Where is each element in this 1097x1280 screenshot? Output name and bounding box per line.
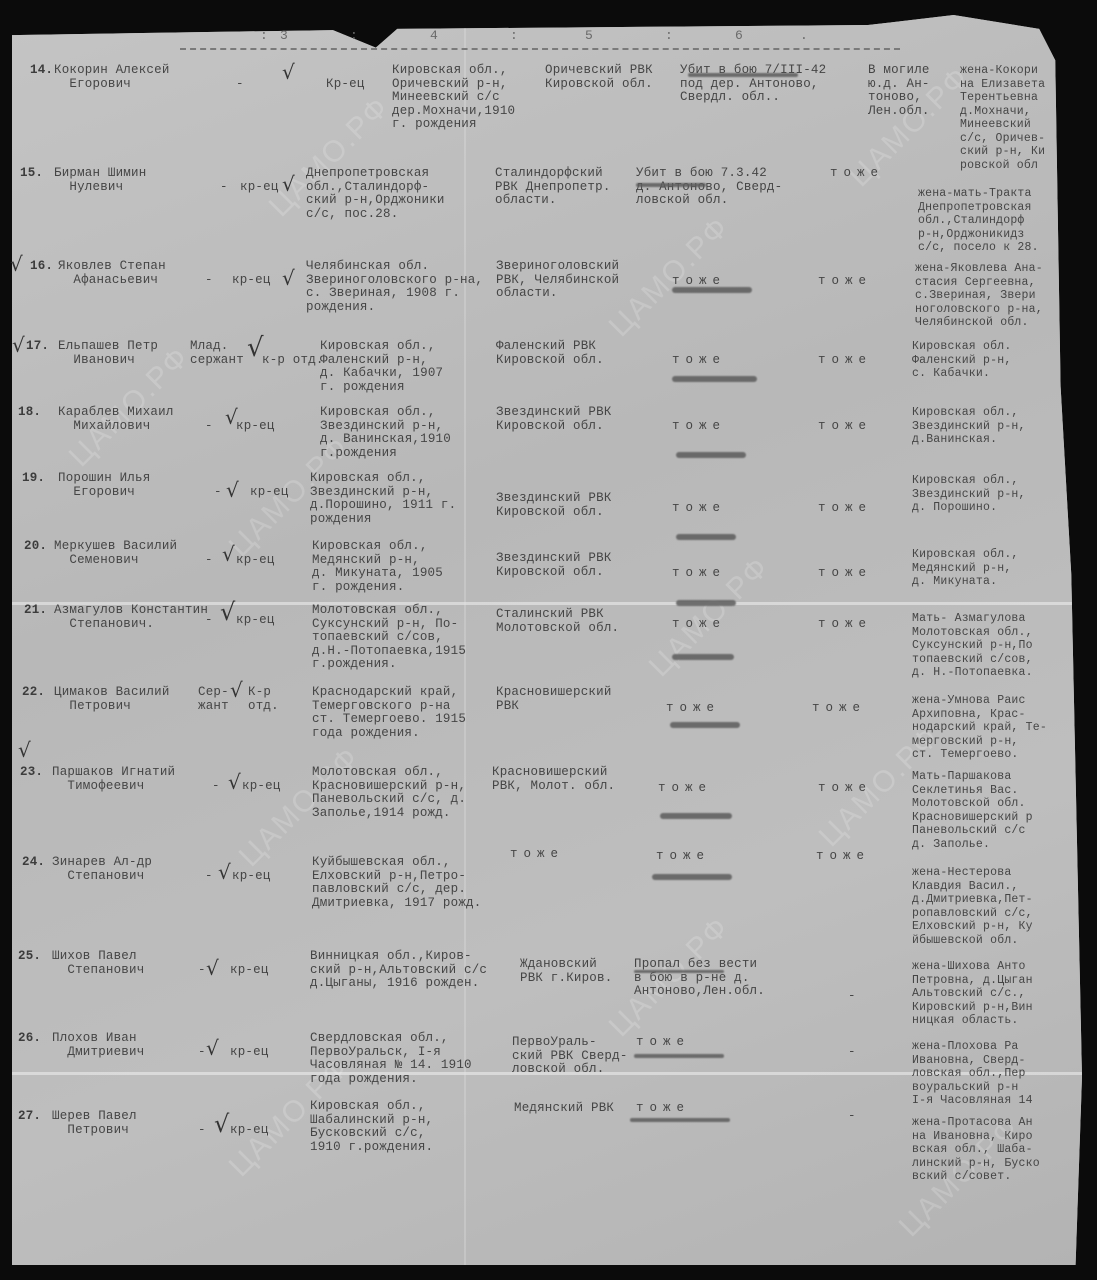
rank: - xyxy=(220,181,228,195)
relatives-address: Кировская обл., Медянский р-н, д. Микуна… xyxy=(912,548,1019,589)
birthplace: Кировская обл., Звездинский р-н, д.Порош… xyxy=(310,472,456,526)
birthplace: Винницкая обл.,Киров- ский р-н,Альтовски… xyxy=(310,950,487,991)
record-number: 19. xyxy=(22,472,45,486)
relatives-address: Кировская обл., Звездинский р-н, д. Поро… xyxy=(912,474,1026,515)
underline-mark xyxy=(660,813,732,819)
burial-place: - xyxy=(848,990,856,1004)
handwritten-checkmark-icon: √ xyxy=(12,333,25,357)
rank: Сер- жант xyxy=(198,686,229,713)
record-number: 22. xyxy=(22,686,45,700)
position: кр-ец xyxy=(236,554,275,568)
relatives-address: Мать-Паршакова Секлетинья Вас. Молотовск… xyxy=(912,770,1033,851)
birthplace: Кировская обл., Шабалинский р-н, Бусковс… xyxy=(310,1100,433,1154)
burial-place: тоже xyxy=(818,782,872,796)
soldier-name: Меркушев Василий Семенович xyxy=(54,540,177,567)
burial-place: - xyxy=(848,1110,856,1124)
underline-mark xyxy=(676,534,736,540)
underline-mark xyxy=(634,1054,724,1058)
fate: тоже xyxy=(636,1036,690,1050)
handwritten-checkmark-icon: √ xyxy=(282,172,295,196)
underline-mark xyxy=(672,654,734,660)
rank: - xyxy=(205,614,213,628)
handwritten-checkmark-icon: √ xyxy=(282,60,295,84)
rank: - xyxy=(212,780,220,794)
column-header-row: : 3 : 4 : 5 : 6 . 8 xyxy=(180,28,900,50)
record-number: 20. xyxy=(24,540,47,554)
fate: тоже xyxy=(672,618,726,632)
fate: Пропал без вести в бою в р-не д. Антонов… xyxy=(634,958,765,999)
rank: - xyxy=(236,78,244,92)
underline-mark xyxy=(652,874,732,880)
handwritten-checkmark-icon: √ xyxy=(10,252,23,276)
handwritten-checkmark-icon: √ xyxy=(206,956,219,980)
birthplace: Днепропетровская обл.,Сталиндорф- ский р… xyxy=(306,167,445,221)
record-number: 18. xyxy=(18,406,41,420)
burial-place: тоже xyxy=(818,618,872,632)
soldier-name: Азмагулов Константин Степанович. xyxy=(54,604,208,631)
fate: Убит в бою 7/III-42 под дер. Антоново, С… xyxy=(680,64,826,105)
soldier-name: Порошин Илья Егорович xyxy=(58,472,150,499)
fate: тоже xyxy=(656,850,710,864)
handwritten-checkmark-icon: √ xyxy=(206,1036,219,1060)
handwritten-checkmark-icon: √ xyxy=(228,770,241,794)
underline-mark xyxy=(672,376,757,382)
column-number-5: 5 xyxy=(585,28,593,43)
soldier-name: Шихов Павел Степанович xyxy=(52,950,144,977)
fate: тоже xyxy=(672,420,726,434)
conscription-office: Сталинский РВК Молотовской обл. xyxy=(496,608,619,635)
record-number: 16. xyxy=(30,260,53,274)
position: кр-ец xyxy=(230,964,269,978)
handwritten-checkmark-icon: √ xyxy=(226,478,239,502)
rank: - xyxy=(205,554,213,568)
burial-place: В могиле ю.д. Ан- тоново, Лен.обл. xyxy=(868,64,930,118)
birthplace: Кировская обл., Звездинский р-н, д. Вани… xyxy=(320,406,451,460)
fate: тоже xyxy=(672,354,726,368)
birthplace: Свердловская обл., ПервоУральск, I-я Час… xyxy=(310,1032,472,1086)
burial-place: тоже xyxy=(818,567,872,581)
rank: Млад. сержант xyxy=(190,340,244,367)
soldier-name: Караблев Михаил Михайлович xyxy=(58,406,174,433)
burial-place: тоже xyxy=(818,354,872,368)
burial-place: тоже xyxy=(818,275,872,289)
column-number-3: 3 xyxy=(280,28,288,43)
birthplace: Краснодарский край, Темерговского р-на с… xyxy=(312,686,466,740)
record-number: 21. xyxy=(24,604,47,618)
rank: - xyxy=(214,486,222,500)
birthplace: Кировская обл., Медянский р-н, д. Микуна… xyxy=(312,540,443,594)
position: кр-ец xyxy=(230,1046,269,1060)
position: кр-ец xyxy=(232,870,271,884)
underline-mark xyxy=(636,183,706,187)
handwritten-checkmark-icon: √ xyxy=(220,598,235,626)
column-separator: : xyxy=(260,28,268,43)
record-number: 17. xyxy=(26,340,49,354)
relatives-address: жена-Умнова Раис Архиповна, Крас- нодарс… xyxy=(912,694,1047,762)
fate: тоже xyxy=(672,567,726,581)
underline-mark xyxy=(670,722,740,728)
soldier-name: Паршаков Игнатий Тимофеевич xyxy=(52,766,175,793)
soldier-name: Шерев Павел Петрович xyxy=(52,1110,137,1137)
column-number-4: 4 xyxy=(430,28,438,43)
column-separator: : xyxy=(510,28,518,43)
soldier-name: Цимаков Василий Петрович xyxy=(54,686,170,713)
relatives-address: Мать- Азмагулова Молотовская обл., Суксу… xyxy=(912,612,1033,680)
handwritten-checkmark-icon: √ xyxy=(218,860,231,884)
underline-mark xyxy=(634,970,724,973)
underline-mark xyxy=(676,452,746,458)
position: кр-ец xyxy=(240,181,279,195)
position: к-р отд. xyxy=(262,354,324,368)
record-number: 23. xyxy=(20,766,43,780)
fate: тоже xyxy=(666,702,720,716)
record-number: 27. xyxy=(18,1110,41,1124)
handwritten-checkmark-icon: √ xyxy=(214,1110,229,1138)
soldier-name: Яковлев Степан Афанасьевич xyxy=(58,260,166,287)
handwritten-checkmark-icon: √ xyxy=(282,266,295,290)
underline-mark xyxy=(676,600,736,606)
soldier-name: Зинарев Ал-др Степанович xyxy=(52,856,152,883)
position: кр-ец xyxy=(230,1124,269,1138)
fate: тоже xyxy=(636,1102,690,1116)
fate: тоже xyxy=(658,782,712,796)
conscription-office: Красновишерский РВК, Молот. обл. xyxy=(492,766,615,793)
rank: - xyxy=(198,1124,206,1138)
record-number: 24. xyxy=(22,856,45,870)
position: кр-ец xyxy=(242,780,281,794)
birthplace: Челябинская обл. Звериноголовского р-на,… xyxy=(306,260,483,314)
conscription-office: тоже xyxy=(510,848,564,862)
birthplace: Кировская обл., Оричевский р-н, Минеевск… xyxy=(392,64,515,132)
fate: тоже xyxy=(672,502,726,516)
column-number-6: 6 xyxy=(735,28,743,43)
relatives-address: жена-мать-Тракта Днепропетровская обл.,С… xyxy=(918,187,1039,255)
conscription-office: Сталиндорфский РВК Днепропетр. области. xyxy=(495,167,611,208)
handwritten-checkmark-icon: √ xyxy=(230,678,243,702)
relatives-address: жена-Шихова Анто Петровна, д.Цыган Альто… xyxy=(912,960,1033,1028)
relatives-address: жена-Яковлева Ана- стасия Сергеевна, с.З… xyxy=(915,262,1043,330)
burial-place: тоже xyxy=(812,702,866,716)
soldier-name: Кокорин Алексей Егорович xyxy=(54,64,170,91)
birthplace: Кировская обл., Фаленский р-н, д. Кабачк… xyxy=(320,340,443,394)
rank: - xyxy=(205,274,213,288)
conscription-office: Звериноголовский РВК, Челябинской област… xyxy=(496,260,619,301)
handwritten-checkmark-icon: √ xyxy=(18,738,31,762)
burial-place: тоже xyxy=(818,502,872,516)
fate: Убит в бою 7.3.42 д. Антоново, Сверд- ло… xyxy=(636,167,782,208)
conscription-office: Звездинский РВК Кировской обл. xyxy=(496,492,612,519)
record-number: 14. xyxy=(30,64,53,78)
record-number: 25. xyxy=(18,950,41,964)
relatives-address: жена-Протасова Ан на Ивановна, Киро вска… xyxy=(912,1116,1040,1184)
underline-mark xyxy=(630,1118,730,1122)
soldier-name: Бирман Шимин Нулевич xyxy=(54,167,146,194)
burial-place: - xyxy=(848,1046,856,1060)
position: кр-ец xyxy=(236,614,275,628)
record-number: 15. xyxy=(20,167,43,181)
conscription-office: Звездинский РВК Кировской обл. xyxy=(496,552,612,579)
soldier-name: Ельпашев Петр Иванович xyxy=(58,340,158,367)
relatives-address: жена-Кокори на Елизавета Терентьевна д.М… xyxy=(960,64,1045,172)
soldier-name: Плохов Иван Дмитриевич xyxy=(52,1032,144,1059)
birthplace: Молотовская обл., Суксунский р-н, По- то… xyxy=(312,604,466,672)
underline-mark xyxy=(688,73,798,77)
relatives-address: Кировская обл., Звездинский р-н, д.Ванин… xyxy=(912,406,1026,447)
conscription-office: Ждановский РВК г.Киров. xyxy=(520,958,612,985)
position: К-р отд. xyxy=(248,686,279,713)
rank: - xyxy=(198,964,206,978)
burial-place: тоже xyxy=(816,850,870,864)
relatives-address: жена-Нестерова Клавдия Васил., д.Дмитрие… xyxy=(912,866,1033,947)
rank: - xyxy=(205,420,213,434)
birthplace: Куйбышевская обл., Елховский р-н,Петро- … xyxy=(312,856,481,910)
conscription-office: Красновишерский РВК xyxy=(496,686,612,713)
underline-mark xyxy=(672,287,752,293)
conscription-office: Звездинский РВК Кировской обл. xyxy=(496,406,612,433)
rank: - xyxy=(205,870,213,884)
position: кр-ец xyxy=(250,486,289,500)
conscription-office: Медянский РВК xyxy=(514,1102,614,1116)
column-separator: . xyxy=(800,28,808,43)
column-separator: : xyxy=(665,28,673,43)
handwritten-checkmark-icon: √ xyxy=(222,542,235,566)
position: Кр-ец xyxy=(326,78,365,92)
relatives-address: Кировская обл. Фаленский р-н, с. Кабачки… xyxy=(912,340,1011,381)
conscription-office: ПервоУраль- ский РВК Сверд- ловской обл. xyxy=(512,1036,628,1077)
conscription-office: Оричевский РВК Кировской обл. xyxy=(545,64,653,91)
burial-place: тоже xyxy=(818,420,872,434)
conscription-office: Фаленский РВК Кировской обл. xyxy=(496,340,604,367)
column-separator: : xyxy=(350,28,358,43)
birthplace: Молотовская обл., Красновишерский р-н, П… xyxy=(312,766,466,820)
position: кр-ец xyxy=(236,420,275,434)
burial-place: тоже xyxy=(830,167,884,181)
rank: - xyxy=(198,1046,206,1060)
relatives-address: жена-Плохова Ра Ивановна, Сверд- ловская… xyxy=(912,1040,1033,1108)
position: кр-ец xyxy=(232,274,271,288)
record-number: 26. xyxy=(18,1032,41,1046)
